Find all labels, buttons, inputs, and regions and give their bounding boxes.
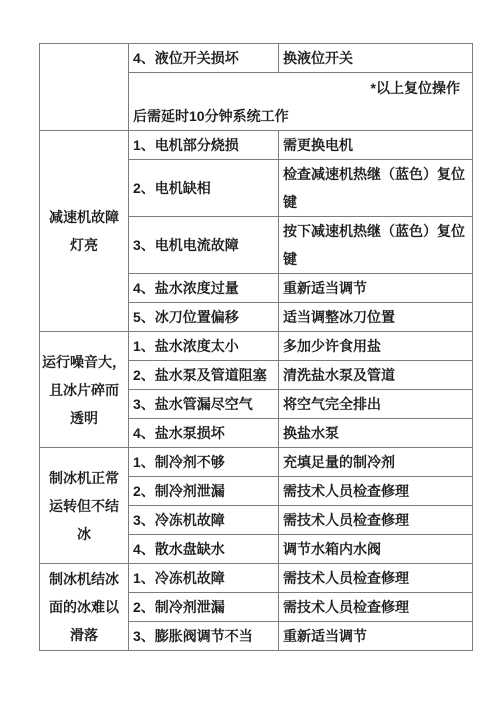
cause-cell: 2、盐水泵及管道阻塞 (129, 361, 279, 390)
cause-cell: 4、液位开关损坏 (129, 44, 279, 73)
symptom-line: 且冰片碎而 (42, 376, 126, 404)
cause-cell: 1、冷冻机故障 (129, 564, 279, 593)
cause-cell: 2、电机缺相 (129, 160, 279, 217)
cause-cell: 5、冰刀位置偏移 (129, 303, 279, 332)
remedy-cell: 按下减速机热继（蓝色）复位 键 (279, 217, 473, 274)
cause-cell: 1、盐水浓度太小 (129, 332, 279, 361)
symptom-line: 运行噪音大， (42, 348, 126, 376)
remedy-cell: 换盐水泵 (279, 419, 473, 448)
reset-note-line1: *以上复位操作 (133, 74, 468, 102)
symptom-line: 面的冰难以 (42, 593, 126, 621)
symptom-cell-empty (40, 44, 129, 131)
symptom-line: 减速机故障 (42, 203, 126, 231)
cause-cell: 4、盐水泵损坏 (129, 419, 279, 448)
symptom-line: 制冰机正常 (42, 464, 126, 492)
troubleshooting-table: 4、液位开关损坏 换液位开关 *以上复位操作 后需延时10分钟系统工作 减速机故… (39, 43, 473, 651)
remedy-cell: 重新适当调节 (279, 622, 473, 651)
cause-cell: 3、冷冻机故障 (129, 506, 279, 535)
remedy-cell: 将空气完全排出 (279, 390, 473, 419)
symptom-cell: 减速机故障 灯亮 (40, 131, 129, 332)
remedy-cell: 调节水箱内水阀 (279, 535, 473, 564)
remedy-line: 键 (283, 245, 468, 273)
cause-cell: 2、制冷剂泄漏 (129, 593, 279, 622)
remedy-cell: 重新适当调节 (279, 274, 473, 303)
reset-note-cell: *以上复位操作 后需延时10分钟系统工作 (129, 73, 473, 131)
remedy-cell: 需更换电机 (279, 131, 473, 160)
symptom-line: 制冰机结冰 (42, 565, 126, 593)
cause-cell: 4、盐水浓度过量 (129, 274, 279, 303)
cause-cell: 1、电机部分烧损 (129, 131, 279, 160)
table-row: 减速机故障 灯亮 1、电机部分烧损 需更换电机 (40, 131, 473, 160)
remedy-cell: 清洗盐水泵及管道 (279, 361, 473, 390)
remedy-cell: 多加少许食用盐 (279, 332, 473, 361)
symptom-line: 冰 (42, 520, 126, 548)
symptom-line: 灯亮 (42, 231, 126, 259)
cause-cell: 3、膨胀阀调节不当 (129, 622, 279, 651)
cause-cell: 4、散水盘缺水 (129, 535, 279, 564)
cause-cell: 1、制冷剂不够 (129, 448, 279, 477)
reset-note-line2: 后需延时10分钟系统工作 (133, 102, 468, 130)
symptom-line: 滑落 (42, 621, 126, 649)
cause-cell: 3、电机电流故障 (129, 217, 279, 274)
remedy-line: 检查减速机热继（蓝色）复位 (283, 160, 468, 188)
symptom-cell: 制冰机正常 运转但不结 冰 (40, 448, 129, 564)
remedy-cell: 适当调整冰刀位置 (279, 303, 473, 332)
remedy-cell: 需技术人员检查修理 (279, 477, 473, 506)
remedy-cell: 换液位开关 (279, 44, 473, 73)
table-row: 制冰机正常 运转但不结 冰 1、制冷剂不够 充填足量的制冷剂 (40, 448, 473, 477)
symptom-line: 运转但不结 (42, 492, 126, 520)
table-row: 4、液位开关损坏 换液位开关 (40, 44, 473, 73)
cause-cell: 2、制冷剂泄漏 (129, 477, 279, 506)
remedy-cell: 检查减速机热继（蓝色）复位 键 (279, 160, 473, 217)
symptom-line: 透明 (42, 404, 126, 432)
symptom-cell: 运行噪音大， 且冰片碎而 透明 (40, 332, 129, 448)
document-page: 4、液位开关损坏 换液位开关 *以上复位操作 后需延时10分钟系统工作 减速机故… (0, 0, 500, 707)
remedy-line: 键 (283, 188, 468, 216)
remedy-cell: 需技术人员检查修理 (279, 564, 473, 593)
remedy-cell: 充填足量的制冷剂 (279, 448, 473, 477)
table-row: 运行噪音大， 且冰片碎而 透明 1、盐水浓度太小 多加少许食用盐 (40, 332, 473, 361)
remedy-cell: 需技术人员检查修理 (279, 506, 473, 535)
symptom-cell: 制冰机结冰 面的冰难以 滑落 (40, 564, 129, 651)
table-row: 制冰机结冰 面的冰难以 滑落 1、冷冻机故障 需技术人员检查修理 (40, 564, 473, 593)
remedy-cell: 需技术人员检查修理 (279, 593, 473, 622)
cause-cell: 3、盐水管漏尽空气 (129, 390, 279, 419)
remedy-line: 按下减速机热继（蓝色）复位 (283, 217, 468, 245)
